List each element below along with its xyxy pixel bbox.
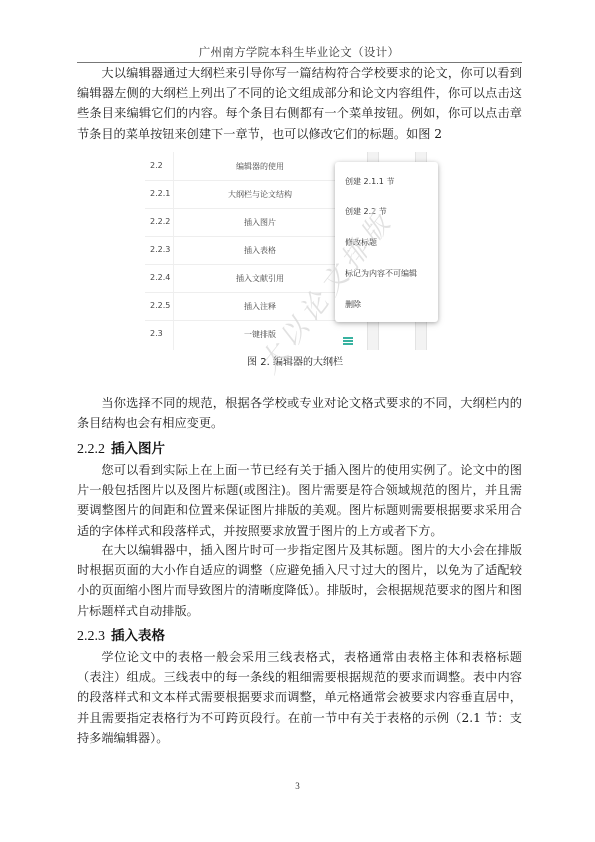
outline-item-number: 2.2.4 <box>150 273 170 282</box>
section-title: 插入表格 <box>111 628 165 644</box>
section-paragraph: 在大以编辑器中，插入图片时可一步指定图片及其标题。图片的大小会在排版时根据页面的… <box>77 540 522 621</box>
outline-item[interactable]: 2.2.3 插入表格 <box>145 236 363 265</box>
section-heading: 2.2.2插入图片 <box>77 437 165 458</box>
menu-item-rename[interactable]: 修改标题 <box>345 237 377 248</box>
outline-item-number: 2.2 <box>150 161 163 170</box>
outline-item-number: 2.2.3 <box>150 245 170 254</box>
section-number: 2.2.2 <box>77 442 105 457</box>
list-menu-icon[interactable] <box>343 337 353 347</box>
section-paragraph: 学位论文中的表格一般会采用三线表格式，表格通常由表格主体和表格标题（表注）组成。… <box>77 647 522 748</box>
outline-item-number: 2.2.5 <box>150 301 170 310</box>
menu-item-create-subsection[interactable]: 创建 2.1.1 节 <box>345 176 394 187</box>
outline-item-number: 2.2.1 <box>150 189 170 198</box>
menu-item-create-section[interactable]: 创建 2.2 节 <box>345 206 387 217</box>
outline-item-title: 插入图片 <box>185 217 335 228</box>
outline-figure: 2.2 编辑器的使用 2.2.1 大纲栏与论文结构 2.2.2 插入图片 2.2… <box>145 152 445 350</box>
outline-item[interactable]: 2.2.1 大纲栏与论文结构 <box>145 180 363 209</box>
outline-item-title: 一键排版 <box>185 329 335 340</box>
intro-paragraph: 大以编辑器通过大纲栏来引导你写一篇结构符合学校要求的论文，你可以看到编辑器左侧的… <box>77 63 522 144</box>
outline-item[interactable]: 2.2.2 插入图片 <box>145 208 363 237</box>
outline-item-number: 2.3 <box>150 329 163 338</box>
outline-item-number: 2.2.2 <box>150 217 170 226</box>
section-paragraph: 您可以看到实际上在上面一节已经有关于插入图片的使用实例了。论文中的图片一般包括图… <box>77 460 522 541</box>
section-number: 2.2.3 <box>77 629 105 644</box>
outline-item-title: 插入表格 <box>185 245 335 256</box>
outline-item[interactable]: 2.2 编辑器的使用 <box>145 152 363 181</box>
outline-item[interactable]: 2.2.5 插入注释 <box>145 292 363 321</box>
outline-item[interactable]: 2.2.4 插入文献引用 <box>145 264 363 293</box>
menu-item-delete[interactable]: 删除 <box>345 299 361 310</box>
page-number: 3 <box>0 781 595 791</box>
outline-item[interactable]: 2.3 一键排版 <box>145 320 363 348</box>
outline-item-title: 插入文献引用 <box>185 273 335 284</box>
after-figure-paragraph: 当你选择不同的规范，根据各学校或专业对论文格式要求的不同，大纲栏内的条目结构也会… <box>77 393 522 433</box>
outline-item-title: 插入注释 <box>185 301 335 312</box>
outline-item-title: 编辑器的使用 <box>185 161 335 172</box>
menu-item-lock[interactable]: 标记为内容不可编辑 <box>345 268 417 279</box>
section-heading: 2.2.3插入表格 <box>77 624 165 645</box>
section-title: 插入图片 <box>111 441 165 457</box>
page-header: 广州南方学院本科生毕业论文（设计） <box>77 44 521 60</box>
figure-caption: 图 2. 编辑器的大纲栏 <box>145 353 445 368</box>
context-menu: 创建 2.1.1 节 创建 2.2 节 修改标题 标记为内容不可编辑 删除 <box>335 162 438 322</box>
outline-item-title: 大纲栏与论文结构 <box>185 189 335 200</box>
